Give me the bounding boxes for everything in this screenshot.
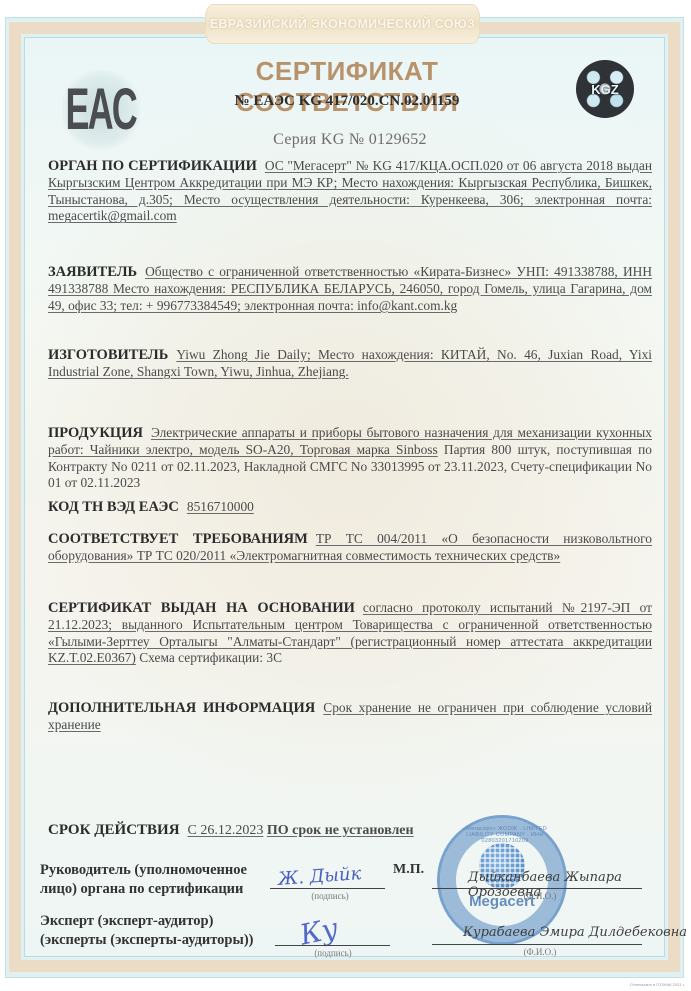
- section-validity: СРОК ДЕЙСТВИЯС 26.12.2023 ПО срок не уст…: [48, 822, 652, 840]
- section-additional-info: ДОПОЛНИТЕЛЬНАЯ ИНФОРМАЦИЯСрок хранение н…: [48, 700, 652, 734]
- section-label: ИЗГОТОВИТЕЛЬ: [48, 347, 168, 363]
- section-label: СЕРТИФИКАТ ВЫДАН НА ОСНОВАНИИ: [48, 600, 355, 616]
- expert-full-name: Курабаева Эмира Дилдебековна: [463, 925, 687, 940]
- section-label: ЗАЯВИТЕЛЬ: [48, 264, 137, 280]
- hologram-icon: KGZ: [576, 60, 634, 118]
- expert-signatory-label: Эксперт (эксперт-аудитор) (эксперты (экс…: [40, 912, 253, 950]
- section-label: ОРГАН ПО СЕРТИФИКАЦИИ: [48, 158, 257, 174]
- expert-label-line1: Эксперт (эксперт-аудитор): [40, 912, 253, 931]
- section-label: ДОПОЛНИТЕЛЬНАЯ ИНФОРМАЦИЯ: [48, 700, 315, 716]
- head-name-caption: (Ф.И.О.): [515, 891, 565, 901]
- section-manufacturer: ИЗГОТОВИТЕЛЬYiwu Zhong Jie Daily; Место …: [48, 347, 652, 381]
- expert-name-caption: (Ф.И.О.): [515, 947, 565, 957]
- expert-label-line2: (эксперты (эксперты-аудиторы)): [40, 931, 253, 950]
- section-hs-code: КОД ТН ВЭД ЕАЭС8516710000: [48, 499, 652, 516]
- certificate-page: Евразийский экономический союз EAC СЕРТИ…: [0, 0, 691, 991]
- expert-name-line: [432, 944, 642, 945]
- series-number: Серия KG № 0129652: [200, 131, 500, 149]
- union-ribbon: Евразийский экономический союз: [205, 4, 480, 44]
- section-label: СРОК ДЕЙСТВИЯ: [48, 822, 180, 838]
- certificate-number: № ЕАЭС KG 417/020.CN.02.01159: [142, 93, 552, 110]
- validity-to: ПО срок не установлен: [267, 823, 414, 838]
- head-signature-line: [270, 888, 385, 889]
- head-name-line: [432, 888, 642, 889]
- head-full-name: Дыйканбаева Жыпара Орозоевна: [468, 870, 691, 900]
- head-signatory-label: Руководитель (уполномоченное лицо) орган…: [40, 861, 247, 899]
- printer-note: Отпечатано в ГОЗНАК 2021 г.: [630, 982, 685, 987]
- expert-signature-caption: (подпись): [303, 948, 363, 958]
- eac-mark: EAC: [66, 81, 136, 139]
- section-label: ПРОДУКЦИЯ: [48, 425, 143, 441]
- section-certification-body: ОРГАН ПО СЕРТИФИКАЦИИОС "Мегасерт" № KG …: [48, 158, 652, 225]
- section-product: ПРОДУКЦИЯЭлектрические аппараты и прибор…: [48, 425, 652, 492]
- validity-from: С 26.12.2023: [188, 823, 264, 838]
- section-label: СООТВЕТСТВУЕТ ТРЕБОВАНИЯМ: [48, 531, 308, 547]
- seal-ring-text: «Мегасерт» ЖООЖ · LIMITED LIABILITY COMP…: [452, 826, 558, 844]
- hologram-text: KGZ: [591, 82, 618, 97]
- section-applicant: ЗАЯВИТЕЛЬОбщество с ограниченной ответст…: [48, 264, 652, 314]
- section-text-plain: Схема сертификации: 3С: [136, 650, 282, 665]
- head-label-line2: лицо) органа по сертификации: [40, 880, 247, 899]
- eac-logo-icon: EAC: [62, 70, 140, 150]
- seal-label: М.П.: [393, 862, 424, 878]
- section-label: КОД ТН ВЭД ЕАЭС: [48, 499, 179, 515]
- head-signature-caption: (подпись): [300, 891, 360, 901]
- section-requirements: СООТВЕТСТВУЕТ ТРЕБОВАНИЯМТР ТС 004/2011 …: [48, 531, 652, 565]
- head-label-line1: Руководитель (уполномоченное: [40, 861, 247, 880]
- hs-code-value: 8516710000: [187, 499, 254, 514]
- section-text: Общество с ограниченной ответственностью…: [48, 264, 652, 313]
- expert-signature-line: [275, 945, 390, 946]
- union-name: Евразийский экономический союз: [210, 17, 475, 31]
- section-issue-basis: СЕРТИФИКАТ ВЫДАН НА ОСНОВАНИИсогласно пр…: [48, 600, 652, 667]
